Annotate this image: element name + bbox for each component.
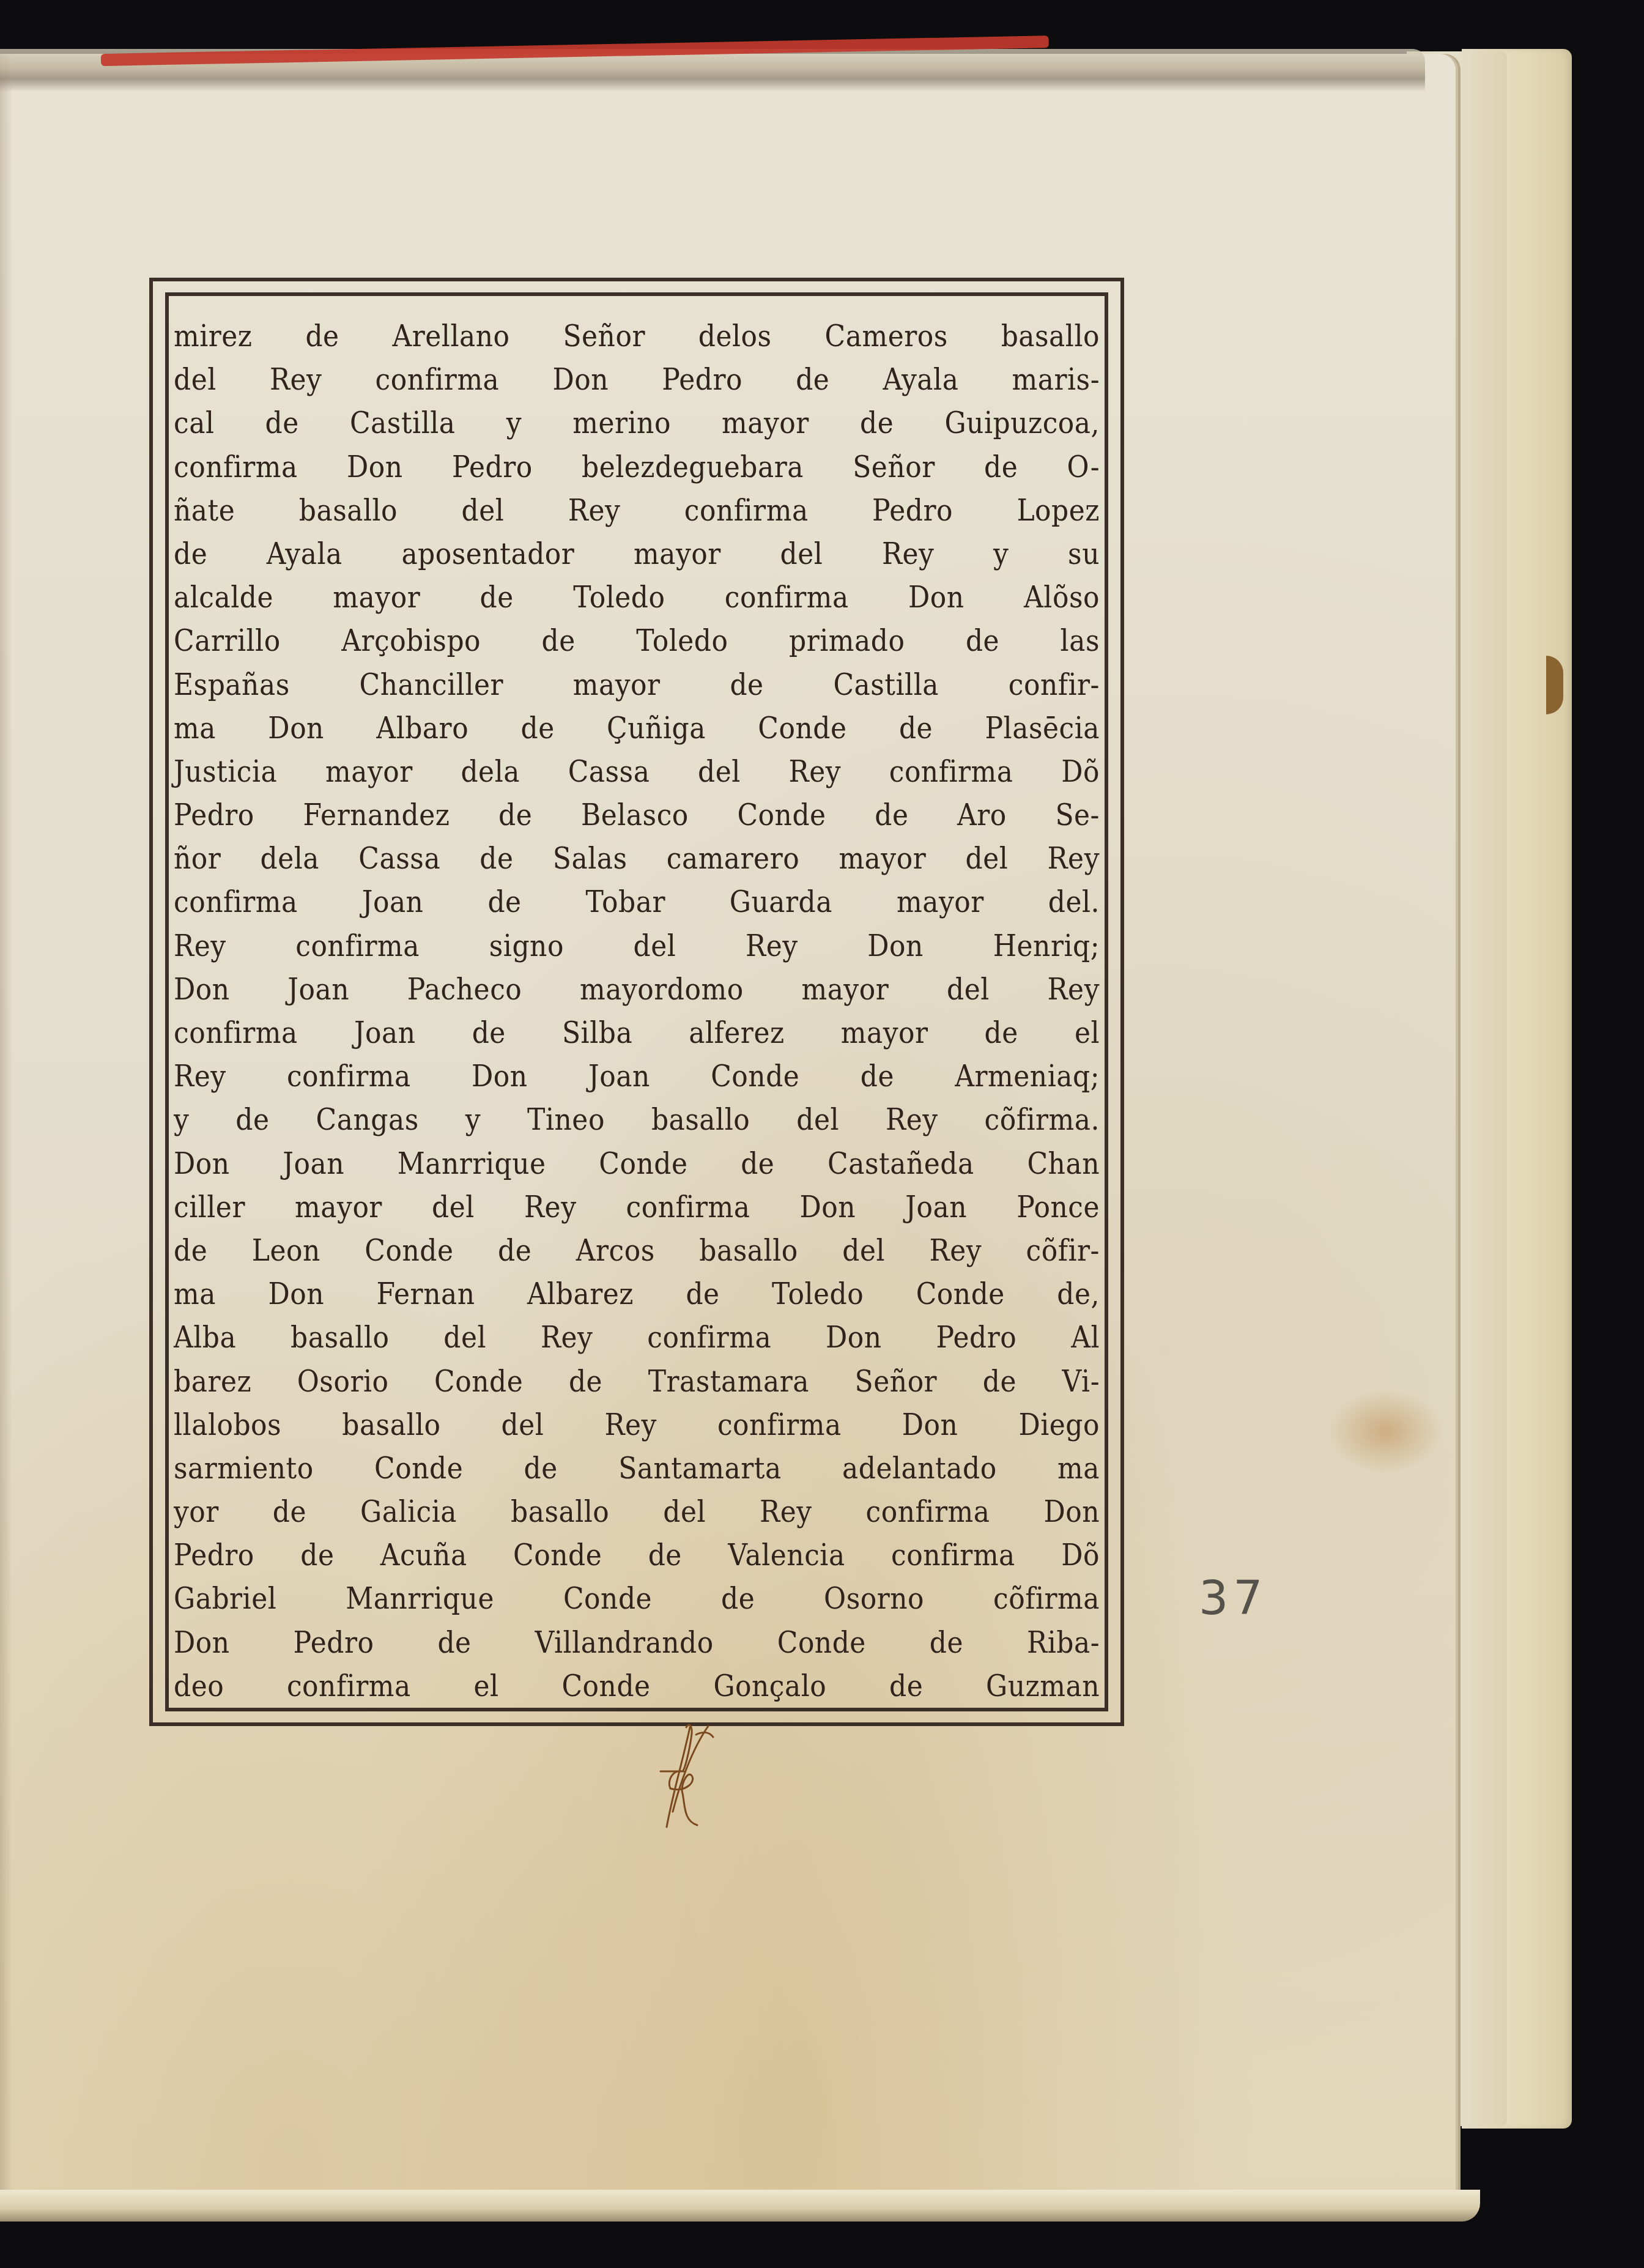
text-line: y de Cangas y Tineo basallo del Rey cõfi…	[174, 1095, 1100, 1144]
page-stain	[1327, 1388, 1443, 1474]
text-line: de Ayala aposentador mayor del Rey y su	[174, 530, 1100, 579]
text-line: confirma Joan de Tobar Guarda mayor del.	[174, 878, 1100, 927]
text-line: Pedro Fernandez de Belasco Conde de Aro …	[174, 791, 1100, 840]
text-line: ñor dela Cassa de Salas camarero mayor d…	[174, 834, 1100, 883]
text-line: Don Joan Manrrique Conde de Castañeda Ch…	[174, 1139, 1100, 1188]
text-line: deo confirma el Conde Gonçalo de Guzman	[174, 1662, 1100, 1711]
text-line: Españas Chanciller mayor de Castilla con…	[174, 660, 1100, 709]
leather-tab	[1546, 656, 1563, 714]
text-line: Rey confirma Don Joan Conde de Armeniaq;	[174, 1052, 1100, 1101]
page-bottom-edge	[0, 2190, 1480, 2222]
text-line: Gabriel Manrrique Conde de Osorno cõfirm…	[174, 1574, 1100, 1623]
text-line: mirez de Arellano Señor delos Cameros ba…	[174, 312, 1100, 361]
text-line: ñate basallo del Rey confirma Pedro Lope…	[174, 486, 1100, 535]
text-line: ma Don Fernan Albarez de Toledo Conde de…	[174, 1270, 1100, 1319]
text-line: cal de Castilla y merino mayor de Guipuz…	[174, 399, 1100, 448]
text-line: confirma Joan de Silba alferez mayor de …	[174, 1009, 1100, 1058]
text-line: yor de Galicia basallo del Rey confirma …	[174, 1488, 1100, 1536]
page-gutter-shadow	[0, 54, 12, 2213]
text-line: ma Don Albaro de Çuñiga Conde de Plasēci…	[174, 703, 1100, 752]
text-line: llalobos basallo del Rey confirma Don Di…	[174, 1400, 1100, 1449]
text-line: Justicia mayor dela Cassa del Rey confir…	[174, 747, 1100, 796]
text-line: de Leon Conde de Arcos basallo del Rey c…	[174, 1226, 1100, 1275]
text-line: Alba basallo del Rey confirma Don Pedro …	[174, 1313, 1100, 1362]
text-line: Don Joan Pacheco mayordomo mayor del Rey	[174, 965, 1100, 1014]
text-line: del Rey confirma Don Pedro de Ayala mari…	[174, 355, 1100, 404]
text-line: ciller mayor del Rey confirma Don Joan P…	[174, 1182, 1100, 1231]
text-line: Don Pedro de Villandrando Conde de Riba-	[174, 1618, 1100, 1667]
manuscript-text-block: mirez de Arellano Señor delos Cameros ba…	[174, 301, 1100, 1708]
paraph-signature-icon	[648, 1720, 722, 1830]
text-line: barez Osorio Conde de Trastamara Señor d…	[174, 1357, 1100, 1406]
text-line: alcalde mayor de Toledo confirma Don Alõ…	[174, 573, 1100, 622]
text-line: sarmiento Conde de Santamarta adelantado…	[174, 1444, 1100, 1493]
text-line: confirma Don Pedro belezdeguebara Señor …	[174, 442, 1100, 491]
text-line: Rey confirma signo del Rey Don Henriq;	[174, 921, 1100, 970]
text-line: Carrillo Arçobispo de Toledo primado de …	[174, 617, 1100, 665]
folio-number: 37	[1199, 1571, 1268, 1625]
text-line: Pedro de Acuña Conde de Valencia confirm…	[174, 1531, 1100, 1580]
